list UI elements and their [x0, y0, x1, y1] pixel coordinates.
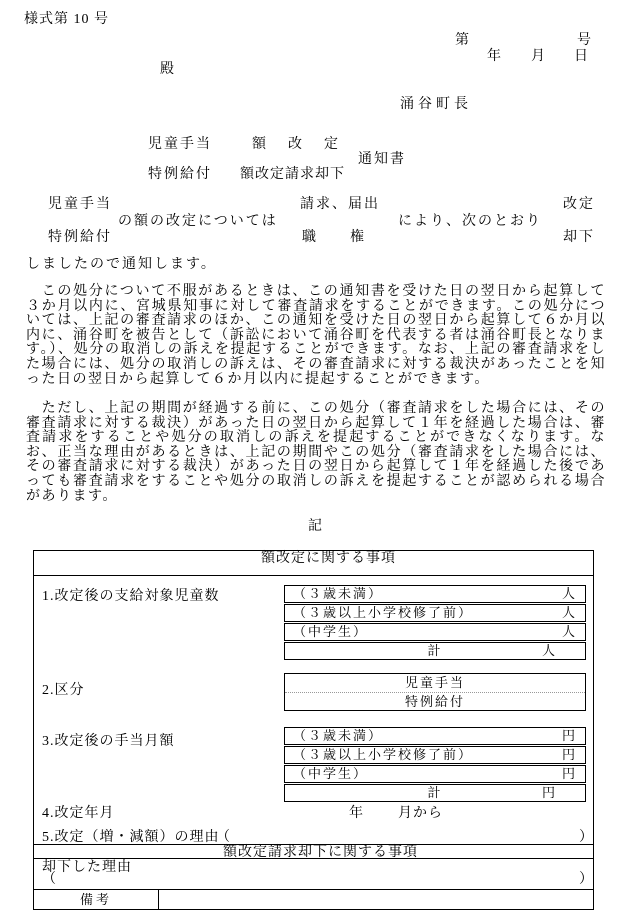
- row-under-3: （３歳未満） 人: [284, 585, 586, 603]
- date-day-label: 日: [574, 49, 590, 65]
- item4-label-revision-date: 4.改定年月: [42, 806, 115, 822]
- row-under-3-unit: 人: [562, 586, 577, 602]
- amount-junior-high: （中学生） 円: [284, 765, 586, 783]
- row-children-total: 計 人: [284, 642, 586, 660]
- document-number-suffix: 号: [577, 33, 593, 49]
- body-option-child-allowance: 児童手当: [48, 197, 112, 213]
- revision-year-label: 年: [349, 806, 364, 822]
- notification-closing-sentence: しましたので通知します。: [26, 257, 217, 273]
- date-month-label: 月: [531, 49, 547, 65]
- title-option-revision-request-rejection: 額改定請求却下: [240, 167, 345, 183]
- addressee-honorific: 殿: [160, 62, 176, 78]
- monthly-amount-box: （３歳未満） 円 （３歳以上小学校修了前） 円 （中学生） 円 計 円: [284, 727, 586, 803]
- ki-separator: 記: [0, 519, 630, 535]
- row-under-3-label: （３歳未満）: [293, 586, 383, 601]
- body-by-phrase: により、次のとおり: [398, 214, 542, 230]
- issuer-mayor: 涌谷町長: [400, 97, 472, 113]
- category-option-special-benefit: 特例給付: [285, 693, 585, 711]
- category-box: 児童手当 特例給付: [284, 673, 586, 711]
- title-option-special-benefit: 特例給付: [148, 167, 212, 183]
- item1-label-children-count: 1.改定後の支給対象児童数: [42, 589, 220, 605]
- title-document-type: 通知書: [358, 152, 406, 168]
- rejection-reason-paren-open: （: [42, 872, 57, 888]
- amount-total-unit: 円: [542, 785, 557, 801]
- row-junior-high-unit: 人: [562, 624, 577, 640]
- amount-3-to-elementary-label: （３歳以上小学校修了前）: [293, 747, 473, 762]
- details-table: 額改定に関する事項 1.改定後の支給対象児童数 （３歳未満） 人 （３歳以上小学…: [33, 550, 594, 910]
- amount-total: 計 円: [284, 784, 586, 802]
- revision-month-from-label: 月から: [398, 806, 443, 822]
- amount-total-label: 計: [427, 785, 442, 800]
- body-option-authority: 職権: [302, 230, 398, 246]
- amount-junior-high-label: （中学生）: [293, 766, 368, 781]
- remarks-label: 備考: [34, 890, 159, 909]
- row-3-to-elementary-label: （３歳以上小学校修了前）: [293, 605, 473, 620]
- amount-under-3-unit: 円: [562, 728, 577, 744]
- title-option-amount-revision: 額改定: [252, 137, 360, 153]
- amount-under-3: （３歳未満） 円: [284, 727, 586, 745]
- notice-document-page: 様式第 10 号 第 号 年 月 日 殿 涌谷町長 児童手当 額改定 通知書 特…: [0, 0, 630, 915]
- row-children-total-label: 計: [427, 643, 442, 658]
- item3-label-monthly-amount: 3.改定後の手当月額: [42, 734, 175, 750]
- row-children-total-unit: 人: [542, 643, 557, 659]
- title-option-child-allowance: 児童手当: [148, 137, 212, 153]
- form-number: 様式第 10 号: [24, 12, 109, 28]
- body-about-phrase: の額の改定については: [118, 214, 278, 230]
- amount-3-to-elementary-unit: 円: [562, 747, 577, 763]
- children-count-box: （３歳未満） 人 （３歳以上小学校修了前） 人 （中学生） 人 計 人: [284, 585, 586, 661]
- row-3-to-elementary-unit: 人: [562, 605, 577, 621]
- amount-junior-high-unit: 円: [562, 766, 577, 782]
- section-header-rejection: 額改定請求却下に関する事項: [34, 844, 593, 859]
- date-year-label: 年: [487, 49, 503, 65]
- row-3-to-elementary: （３歳以上小学校修了前） 人: [284, 604, 586, 622]
- amount-3-to-elementary: （３歳以上小学校修了前） 円: [284, 746, 586, 764]
- section-header-amount-revision: 額改定に関する事項: [34, 551, 593, 576]
- body-option-special-benefit: 特例給付: [48, 230, 112, 246]
- body-option-revised: 改定: [563, 197, 595, 213]
- item2-label-category: 2.区分: [42, 683, 85, 699]
- row-junior-high-label: （中学生）: [293, 624, 368, 639]
- row-junior-high: （中学生） 人: [284, 623, 586, 641]
- body-option-request-notification: 請求、届出: [300, 197, 380, 213]
- amount-under-3-label: （３歳未満）: [293, 728, 383, 743]
- body-option-rejected: 却下: [563, 230, 595, 246]
- remarks-row: 備考: [34, 889, 593, 909]
- rejection-reason-paren-close: ）: [579, 872, 594, 888]
- category-option-child-allowance: 児童手当: [285, 674, 585, 693]
- appeal-instructions-paragraph: この処分について不服があるときは、この通知書を受けた日の翌日から起算して３か月以…: [26, 285, 606, 387]
- document-number-prefix: 第: [455, 33, 471, 49]
- appeal-deadline-paragraph: ただし、上記の期間が経過する前に、この処分（審査請求をした場合には、その審査請求…: [26, 402, 606, 504]
